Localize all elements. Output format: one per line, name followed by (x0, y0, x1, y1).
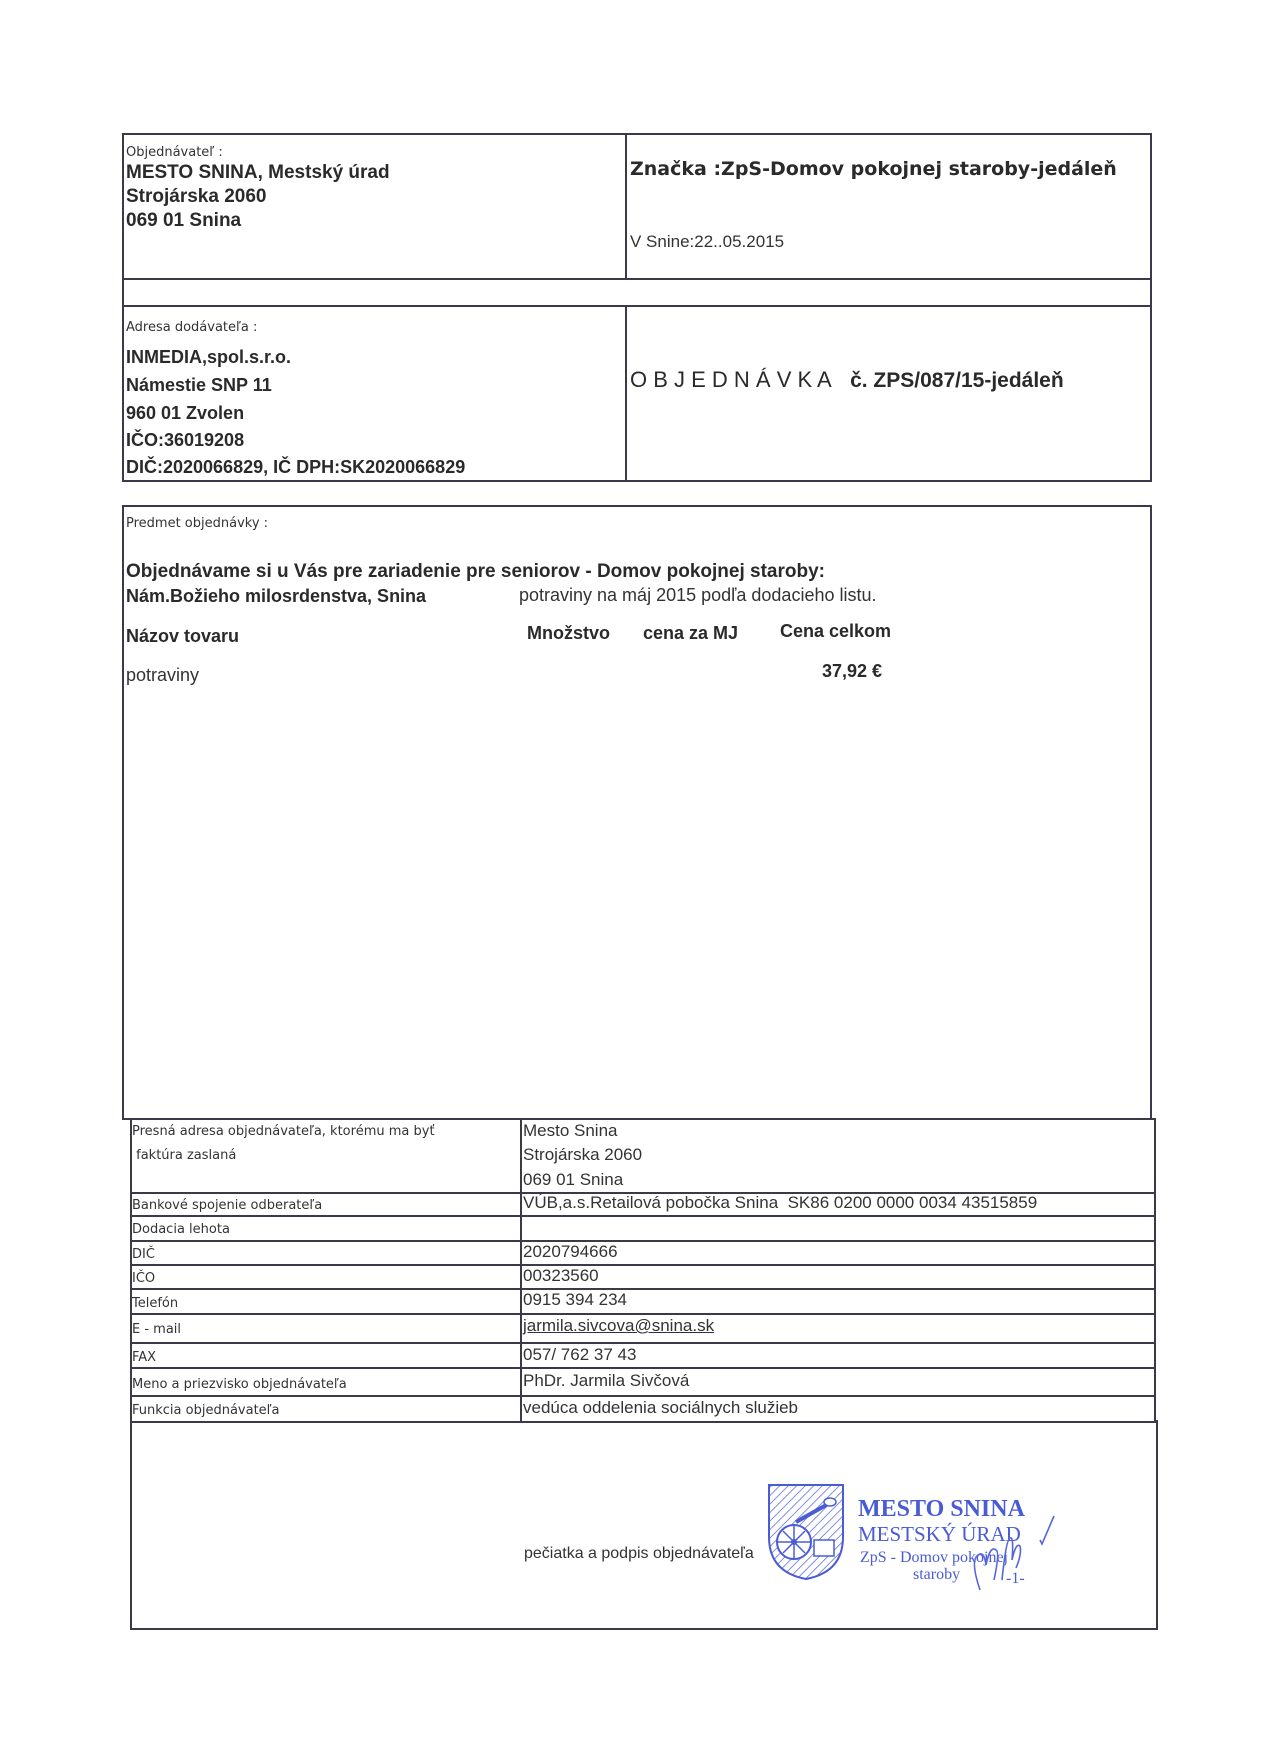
supplier-city: 960 01 Zvolen (126, 403, 244, 424)
email-link[interactable]: jarmila.sivcova@snina.sk (523, 1316, 714, 1336)
order-title: O B J E D N Á V K A č. ZPS/087/15-jedále… (630, 367, 1064, 393)
subject-intro: Objednávame si u Vás pre zariadenie pre … (126, 561, 825, 583)
supplier-ico: IČO:36019208 (126, 430, 244, 451)
info-row-label: Telefón (132, 1296, 178, 1311)
orderer-street: Strojárska 2060 (126, 186, 267, 208)
invoice-address-line-1: Mesto Snina (523, 1121, 618, 1141)
info-row-label: Meno a priezvisko objednávateľa (132, 1377, 347, 1392)
subject-label: Predmet objednávky : (126, 516, 268, 531)
info-row-line (130, 1288, 1155, 1290)
info-row-line (130, 1118, 1155, 1120)
supplier-dic: DIČ:2020066829, IČ DPH:SK2020066829 (126, 457, 465, 478)
order-title-text: O B J E D N Á V K A (630, 367, 832, 392)
info-row-line (130, 1342, 1155, 1344)
name-value: PhDr. Jarmila Sivčová (523, 1371, 689, 1391)
supplier-divider (625, 305, 627, 482)
orderer-box (122, 133, 1152, 280)
invoice-address-label: Presná adresa objednávateľa, ktorému ma … (132, 1124, 435, 1139)
invoice-address-label-2: faktúra zaslaná (132, 1148, 236, 1163)
bank-value: VÚB,a.s.Retailová pobočka Snina SK86 020… (523, 1193, 1037, 1213)
info-row-label: Bankové spojenie odberateľa (132, 1198, 322, 1213)
supplier-street: Námestie SNP 11 (126, 375, 272, 396)
info-row-label: DIČ (132, 1247, 155, 1262)
order-number: č. ZPS/087/15-jedáleň (850, 369, 1064, 392)
info-row-label: FAX (132, 1350, 156, 1365)
dic-value: 2020794666 (523, 1242, 618, 1262)
supplier-box (122, 305, 1152, 482)
phone-value: 0915 394 234 (523, 1290, 627, 1310)
column-unit-price: cena za MJ (643, 623, 738, 644)
orderer-name: MESTO SNINA, Mestský úrad (126, 162, 390, 184)
signature-label: pečiatka a podpis objednávateľa (524, 1545, 754, 1563)
ico-value: 00323560 (523, 1266, 599, 1286)
column-name: Názov tovaru (126, 626, 239, 647)
info-row-label: Funkcia objednávateľa (132, 1403, 280, 1418)
item-name: potraviny (126, 665, 199, 686)
mark-label: Značka :ZpS-Domov pokojnej staroby-jedál… (630, 158, 1117, 180)
coat-of-arms-icon (766, 1482, 846, 1582)
info-row-label: Dodacia lehota (132, 1222, 230, 1237)
info-row-line (130, 1264, 1155, 1266)
subject-address: Nám.Božieho milosrdenstva, Snina (126, 586, 426, 607)
column-total: Cena celkom (780, 621, 891, 642)
info-row-label: E - mail (132, 1322, 181, 1337)
function-value: vedúca oddelenia sociálnych služieb (523, 1398, 798, 1418)
place-date: V Snine:22..05.2015 (630, 232, 784, 252)
item-total: 37,92 € (822, 661, 882, 682)
info-row-line (130, 1313, 1155, 1315)
supplier-label: Adresa dodávateľa : (126, 320, 257, 335)
info-row-line (130, 1215, 1155, 1217)
orderer-city: 069 01 Snina (126, 210, 241, 232)
info-right-border (1154, 1118, 1156, 1423)
invoice-address-line-2: Strojárska 2060 (523, 1145, 642, 1165)
orderer-divider (625, 133, 627, 280)
column-quantity: Množstvo (527, 623, 610, 644)
fax-value: 057/ 762 37 43 (523, 1345, 636, 1365)
orderer-label: Objednávateľ : (126, 145, 223, 160)
info-row-label: IČO (132, 1271, 155, 1286)
subject-description: potraviny na máj 2015 podľa dodacieho li… (519, 585, 877, 606)
info-row-line (130, 1395, 1155, 1397)
spacer-row (122, 278, 1152, 307)
info-row-line (130, 1240, 1155, 1242)
invoice-address-line-3: 069 01 Snina (523, 1170, 623, 1190)
supplier-name: INMEDIA,spol.s.r.o. (126, 347, 291, 368)
info-divider (520, 1118, 522, 1423)
info-row-line (130, 1367, 1155, 1369)
handwritten-signature-icon (950, 1510, 1070, 1600)
